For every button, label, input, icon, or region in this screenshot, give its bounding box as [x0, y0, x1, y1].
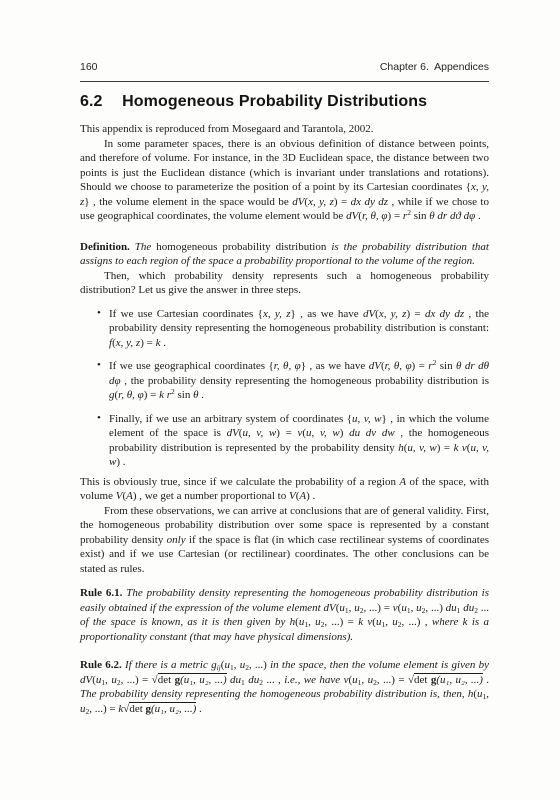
running-header: 160 Chapter 6. Appendices: [80, 60, 489, 75]
paragraph-region: This is obviously true, since if we calc…: [80, 475, 489, 504]
book-page: 160 Chapter 6. Appendices 6.2 Homogeneou…: [0, 0, 560, 800]
paragraph-parameter-spaces: In some parameter spaces, there is an ob…: [80, 137, 489, 224]
rule-6-1: Rule 6.1. The probability density repres…: [80, 586, 489, 644]
paragraph-observations: From these observations, we can arrive a…: [80, 504, 489, 577]
rule-6-2: Rule 6.2. If there is a metric gij(u1, u…: [80, 658, 489, 716]
list-item-cartesian: If we use Cartesian coordinates {x, y, z…: [80, 307, 489, 351]
page-number: 160: [80, 60, 98, 75]
paragraph-question: Then, which probability density represen…: [80, 269, 489, 298]
section-title: Homogeneous Probability Distributions: [122, 93, 427, 110]
list-item-geographical: If we use geographical coordinates {r, θ…: [80, 359, 489, 403]
steps-list: If we use Cartesian coordinates {x, y, z…: [80, 307, 489, 470]
list-item-arbitrary: Finally, if we use an arbitrary system o…: [80, 412, 489, 470]
paragraph-definition: Definition. The homogeneous probability …: [80, 240, 489, 269]
paragraph-intro: This appendix is reproduced from Mosegaa…: [80, 122, 489, 137]
section-number: 6.2: [80, 93, 103, 110]
running-title: Chapter 6. Appendices: [380, 60, 489, 75]
section-heading: 6.2 Homogeneous Probability Distribution…: [80, 95, 489, 110]
header-rule: [80, 81, 489, 82]
